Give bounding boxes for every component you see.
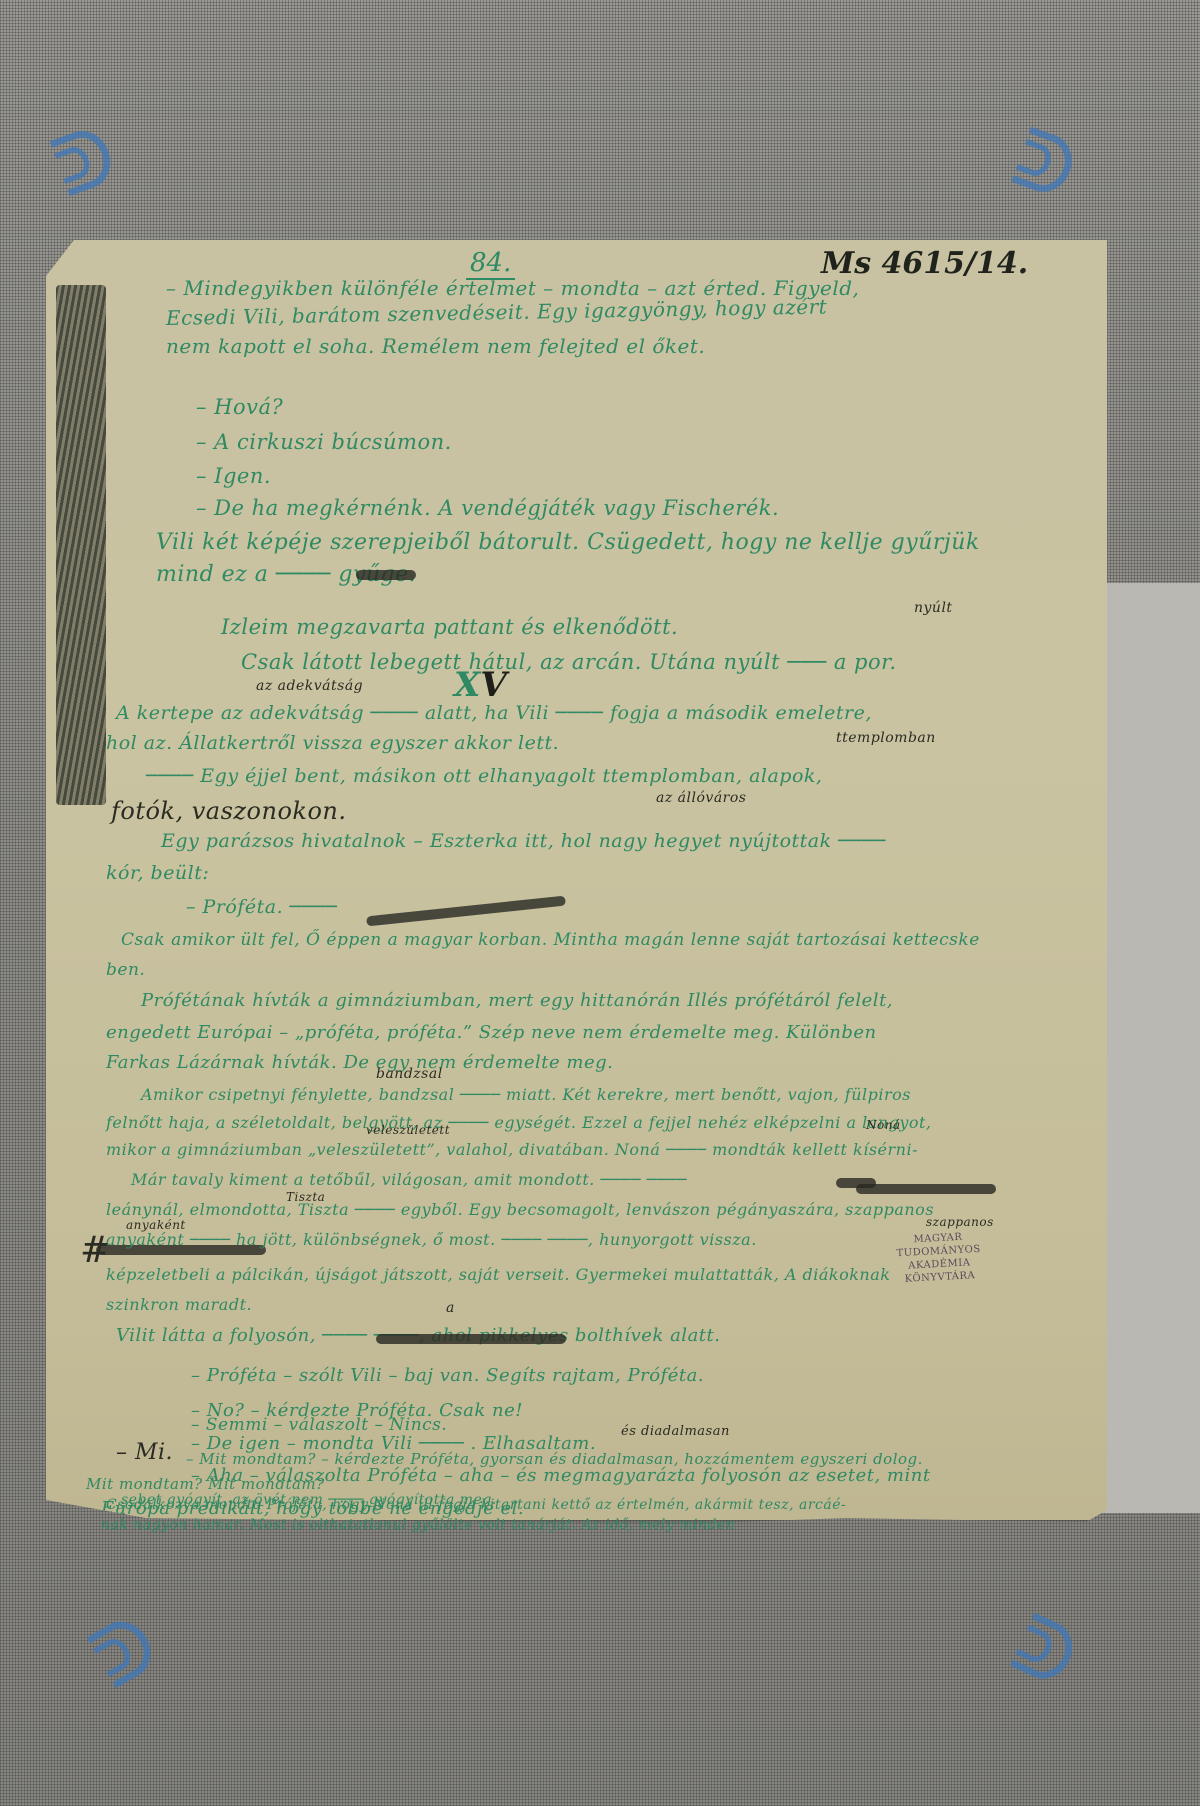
text-line: – Igen. — [196, 464, 271, 488]
correction: az adekvátság — [256, 678, 363, 694]
text-line: A kertepe az adekvátság ──── alatt, ha V… — [116, 702, 872, 724]
correction: veleszületett — [366, 1123, 450, 1137]
corner-pencil-mark-bottom-left: ᕲ — [75, 1596, 174, 1707]
text-line: Farkas Lázárnak hívták. De egy nem érdem… — [106, 1052, 613, 1073]
text-line: fotók, vaszonokon. — [111, 797, 347, 825]
crossed-out-margin — [56, 285, 106, 805]
text-line: Egy parázsos hivatalnok – Eszterka itt, … — [161, 830, 886, 852]
correction: nyúlt — [914, 600, 953, 616]
text-line: Prófétának hívták a gimnáziumban, mert e… — [141, 990, 893, 1011]
text-line: Amikor csipetnyi fénylette, bandzsal ───… — [141, 1085, 911, 1104]
text-line: Vigyorgott. Vigyorgva fejtette a homályb… — [181, 1530, 602, 1551]
corner-pencil-mark-bottom-right: ᕲ — [998, 1597, 1092, 1707]
text-line: – A cirkuszi búcsúmon. — [196, 430, 452, 454]
corner-pencil-mark-top-right: ᕲ — [1001, 111, 1089, 220]
text-line: – Mi. — [116, 1440, 173, 1465]
text-line: Csak amikor ült fel, Ő éppen a magyar ko… — [121, 930, 980, 950]
text-line: felnőtt haja, a széletoldalt, belgyött, … — [106, 1113, 932, 1132]
text-line: Csak látott lebegett hátul, az arcán. Ut… — [241, 650, 897, 674]
text-line: – Mit mondtam? – kérdezte Próféta, gyors… — [186, 1450, 923, 1468]
text-line: engedett Európai – „próféta, próféta.” S… — [106, 1022, 877, 1043]
correction: Noná — [866, 1118, 901, 1132]
text-line: hol az. Állatkertről vissza egyszer akko… — [106, 732, 559, 754]
chapter-marker: XV — [454, 665, 507, 705]
strikethrough — [356, 570, 416, 580]
text-line: nak nagyon hamar. Most is olthatatlanul … — [101, 1517, 735, 1533]
text-line: ──── Egy éjjel bent, másikon ott elhanya… — [146, 765, 822, 787]
correction: bandzsal — [376, 1066, 443, 1082]
text-line: ben. — [106, 960, 145, 980]
text-line: – Semmi – válaszolt – Nincs. — [191, 1415, 447, 1435]
text-line: nem kapott el soha. Remélem nem felejted… — [166, 334, 705, 358]
correction: és diadalmasan — [621, 1424, 730, 1439]
text-line: – Próféta. ──── — [186, 896, 337, 918]
text-line: Vili két képéje szerepjeiből bátorult. C… — [156, 530, 980, 555]
text-line: kór, beült: — [106, 862, 209, 884]
text-line: mikor a gimnáziumban „veleszületett”, va… — [106, 1140, 918, 1159]
correction: az állóváros — [656, 790, 746, 806]
correction: ttemplomban — [836, 730, 936, 746]
text-line: – De ha megkérnénk. A vendégjáték vagy F… — [196, 496, 779, 520]
text-line: Mit mondtam? Mit mondtam? — [86, 1475, 325, 1493]
strikethrough — [366, 896, 566, 927]
text-line: Izleim megzavarta pattant és elkenődött. — [221, 615, 678, 639]
manuscript-bottom-section: – Semmi – válaszolt – Nincs. – Mi. és di… — [46, 1180, 1107, 1520]
text-line: – Hová? — [196, 395, 283, 419]
text-line: sebet gyógyít, az övét nem ──── gyógyíto… — [121, 1492, 497, 1508]
corner-pencil-mark-top-left: ᕲ — [41, 108, 129, 217]
